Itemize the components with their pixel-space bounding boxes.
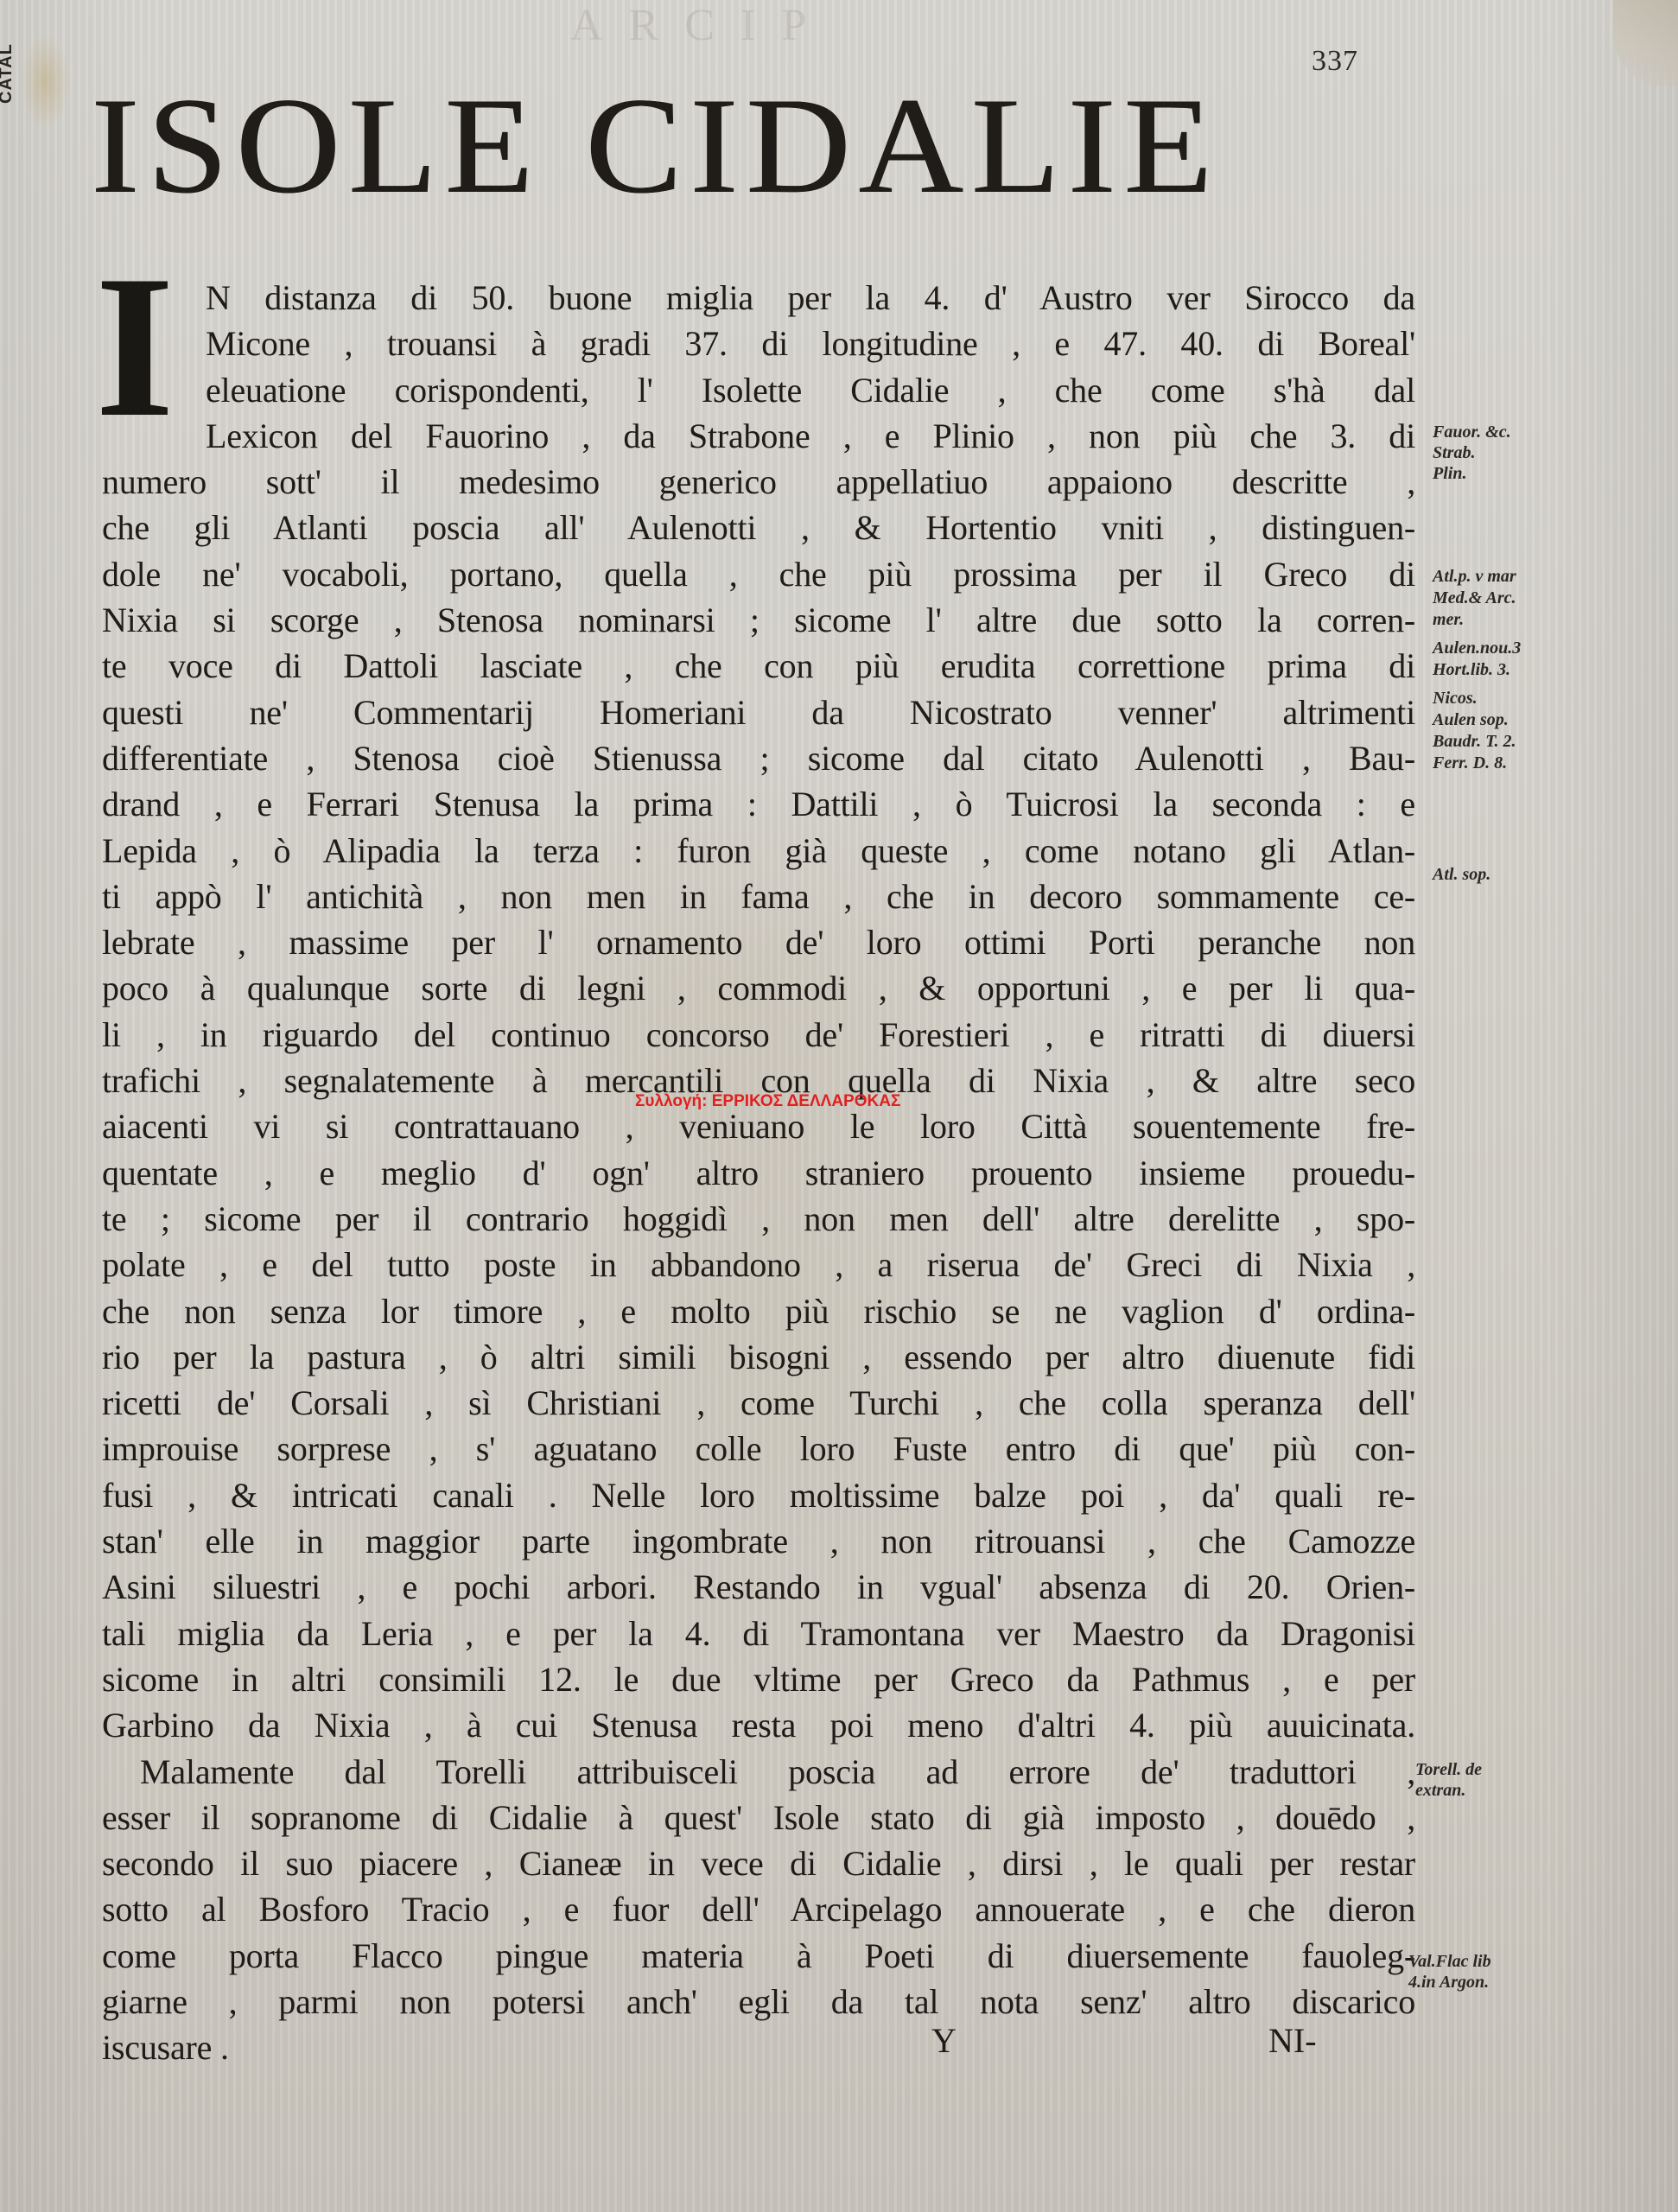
margin-note: 4.in Argon. — [1408, 1972, 1624, 1993]
margin-note: Hort.lib. 3. — [1433, 659, 1649, 681]
text-line: li , in riguardo del continuo concorso d… — [102, 1012, 1415, 1058]
text-line: tali miglia da Leria , e per la 4. di Tr… — [102, 1611, 1415, 1656]
text-line: ti appò l' antichità , non men in fama ,… — [102, 874, 1415, 919]
catchword: NI- — [1268, 2020, 1317, 2061]
margin-note-group: Atl.p. v mar Med.& Arc. mer. Aulen.nou.3… — [1433, 566, 1649, 774]
page-number: 337 — [1312, 45, 1358, 78]
text-line: questi ne' Commentarij Homeriani da Nico… — [102, 690, 1415, 735]
paragraph-start-line: Malamente dal Torelli attribuisceli posc… — [102, 1749, 1415, 1795]
text-line: lebrate , massime per l' ornamento de' l… — [102, 919, 1415, 965]
text-line: differentiate , Stenosa cioè Stienussa ;… — [102, 735, 1415, 781]
text-line: ricetti de' Corsali , sì Christiani , co… — [102, 1380, 1415, 1426]
book-page: CATAL ARCIP 337 ISOLE CIDALIE I N distan… — [0, 0, 1678, 2212]
page-title: ISOLE CIDALIE — [91, 76, 1439, 216]
margin-note: Atl.p. v mar — [1433, 566, 1649, 588]
margin-note: mer. — [1433, 609, 1649, 631]
text-line: numero sott' il medesimo generico appell… — [102, 459, 1415, 505]
signature-mark: Y — [931, 2020, 957, 2061]
margin-note: Plin. — [1433, 463, 1649, 484]
margin-note: Aulen sop. — [1433, 709, 1649, 731]
text-line: che gli Atlanti poscia all' Aulenotti , … — [102, 505, 1415, 550]
margin-note: Strab. — [1433, 442, 1649, 463]
margin-note-group: Fauor. &c. Strab. Plin. — [1433, 422, 1649, 484]
margin-note: Baudr. T. 2. — [1433, 731, 1649, 753]
text-line: secondo il suo piacere , Cianeæ in vece … — [102, 1840, 1415, 1886]
text-line: sotto al Bosforo Tracio , e fuor dell' A… — [102, 1886, 1415, 1932]
margin-note: Nicos. — [1433, 688, 1649, 709]
text-line: N distanza di 50. buone miglia per la 4.… — [102, 275, 1415, 321]
text-line: te ; sicome per il contrario hoggidì , n… — [102, 1196, 1415, 1242]
margin-note: Fauor. &c. — [1433, 422, 1649, 442]
text-line: polate , e del tutto poste in abbandono … — [102, 1242, 1415, 1287]
text-line-final: iscusare . — [102, 2024, 1415, 2070]
text-line: rio per la pastura , ò altri simili biso… — [102, 1334, 1415, 1380]
paper-stain — [22, 35, 69, 130]
text-line: quentate , e meglio d' ogn' altro strani… — [102, 1150, 1415, 1196]
bleed-through-text: ARCIP — [570, 0, 832, 51]
text-line: te voce di Dattoli lasciate , che con pi… — [102, 643, 1415, 689]
body-text: N distanza di 50. buone miglia per la 4.… — [102, 275, 1415, 2071]
margin-note-group: Val.Flac lib 4.in Argon. — [1408, 1951, 1624, 1993]
text-line: Garbino da Nixia , à cui Stenusa resta p… — [102, 1702, 1415, 1748]
text-line: come porta Flacco pingue materia à Poeti… — [102, 1933, 1415, 1979]
text-line: improuise sorprese , s' aguatano colle l… — [102, 1426, 1415, 1471]
text-line: sicome in altri consimili 12. le due vlt… — [102, 1656, 1415, 1702]
margin-note: Ferr. D. 8. — [1433, 753, 1649, 774]
text-line: Lexicon del Fauorino , da Strabone , e P… — [102, 413, 1415, 459]
margin-note: Val.Flac lib — [1408, 1951, 1624, 1972]
text-line: Asini siluestri , e pochi arbori. Restan… — [102, 1564, 1415, 1610]
text-line: stan' elle in maggior parte ingombrate ,… — [102, 1518, 1415, 1564]
text-line: giarne , parmi non potersi anch' egli da… — [102, 1979, 1415, 2024]
text-line: eleuatione corispondenti, l' Isolette Ci… — [102, 367, 1415, 413]
text-line: drand , e Ferrari Stenusa la prima : Dat… — [102, 781, 1415, 827]
text-line: esser il sopranome di Cidalie à quest' I… — [102, 1795, 1415, 1840]
text-line: fusi , & intricati canali . Nelle loro m… — [102, 1472, 1415, 1518]
text-line: poco à qualunque sorte di legni , commod… — [102, 965, 1415, 1011]
text-line: dole ne' vocaboli, portano, quella , che… — [102, 551, 1415, 597]
margin-note: Aulen.nou.3 — [1433, 638, 1649, 659]
margin-note: extran. — [1415, 1780, 1631, 1801]
margin-note: Atl. sop. — [1433, 864, 1649, 885]
margin-note: Torell. de — [1415, 1759, 1631, 1780]
page-corner-fold — [1613, 0, 1678, 86]
collection-watermark: Συλλογή: ΕΡΡΙΚΟΣ ΔΕΛΛΑΡΟΚΑΣ — [635, 1092, 900, 1111]
margin-note: Med.& Arc. — [1433, 588, 1649, 609]
margin-note-group: Torell. de extran. — [1415, 1759, 1631, 1801]
text-line: Micone , trouansi à gradi 37. di longitu… — [102, 321, 1415, 366]
margin-note-group: Atl. sop. — [1433, 864, 1649, 885]
adjacent-page-fragment: CATAL — [0, 0, 9, 104]
text-line: Lepida , ò Alipadia la terza : furon già… — [102, 828, 1415, 874]
text-line: Nixia si scorge , Stenosa nominarsi ; si… — [102, 597, 1415, 643]
text-line: che non senza lor timore , e molto più r… — [102, 1288, 1415, 1334]
